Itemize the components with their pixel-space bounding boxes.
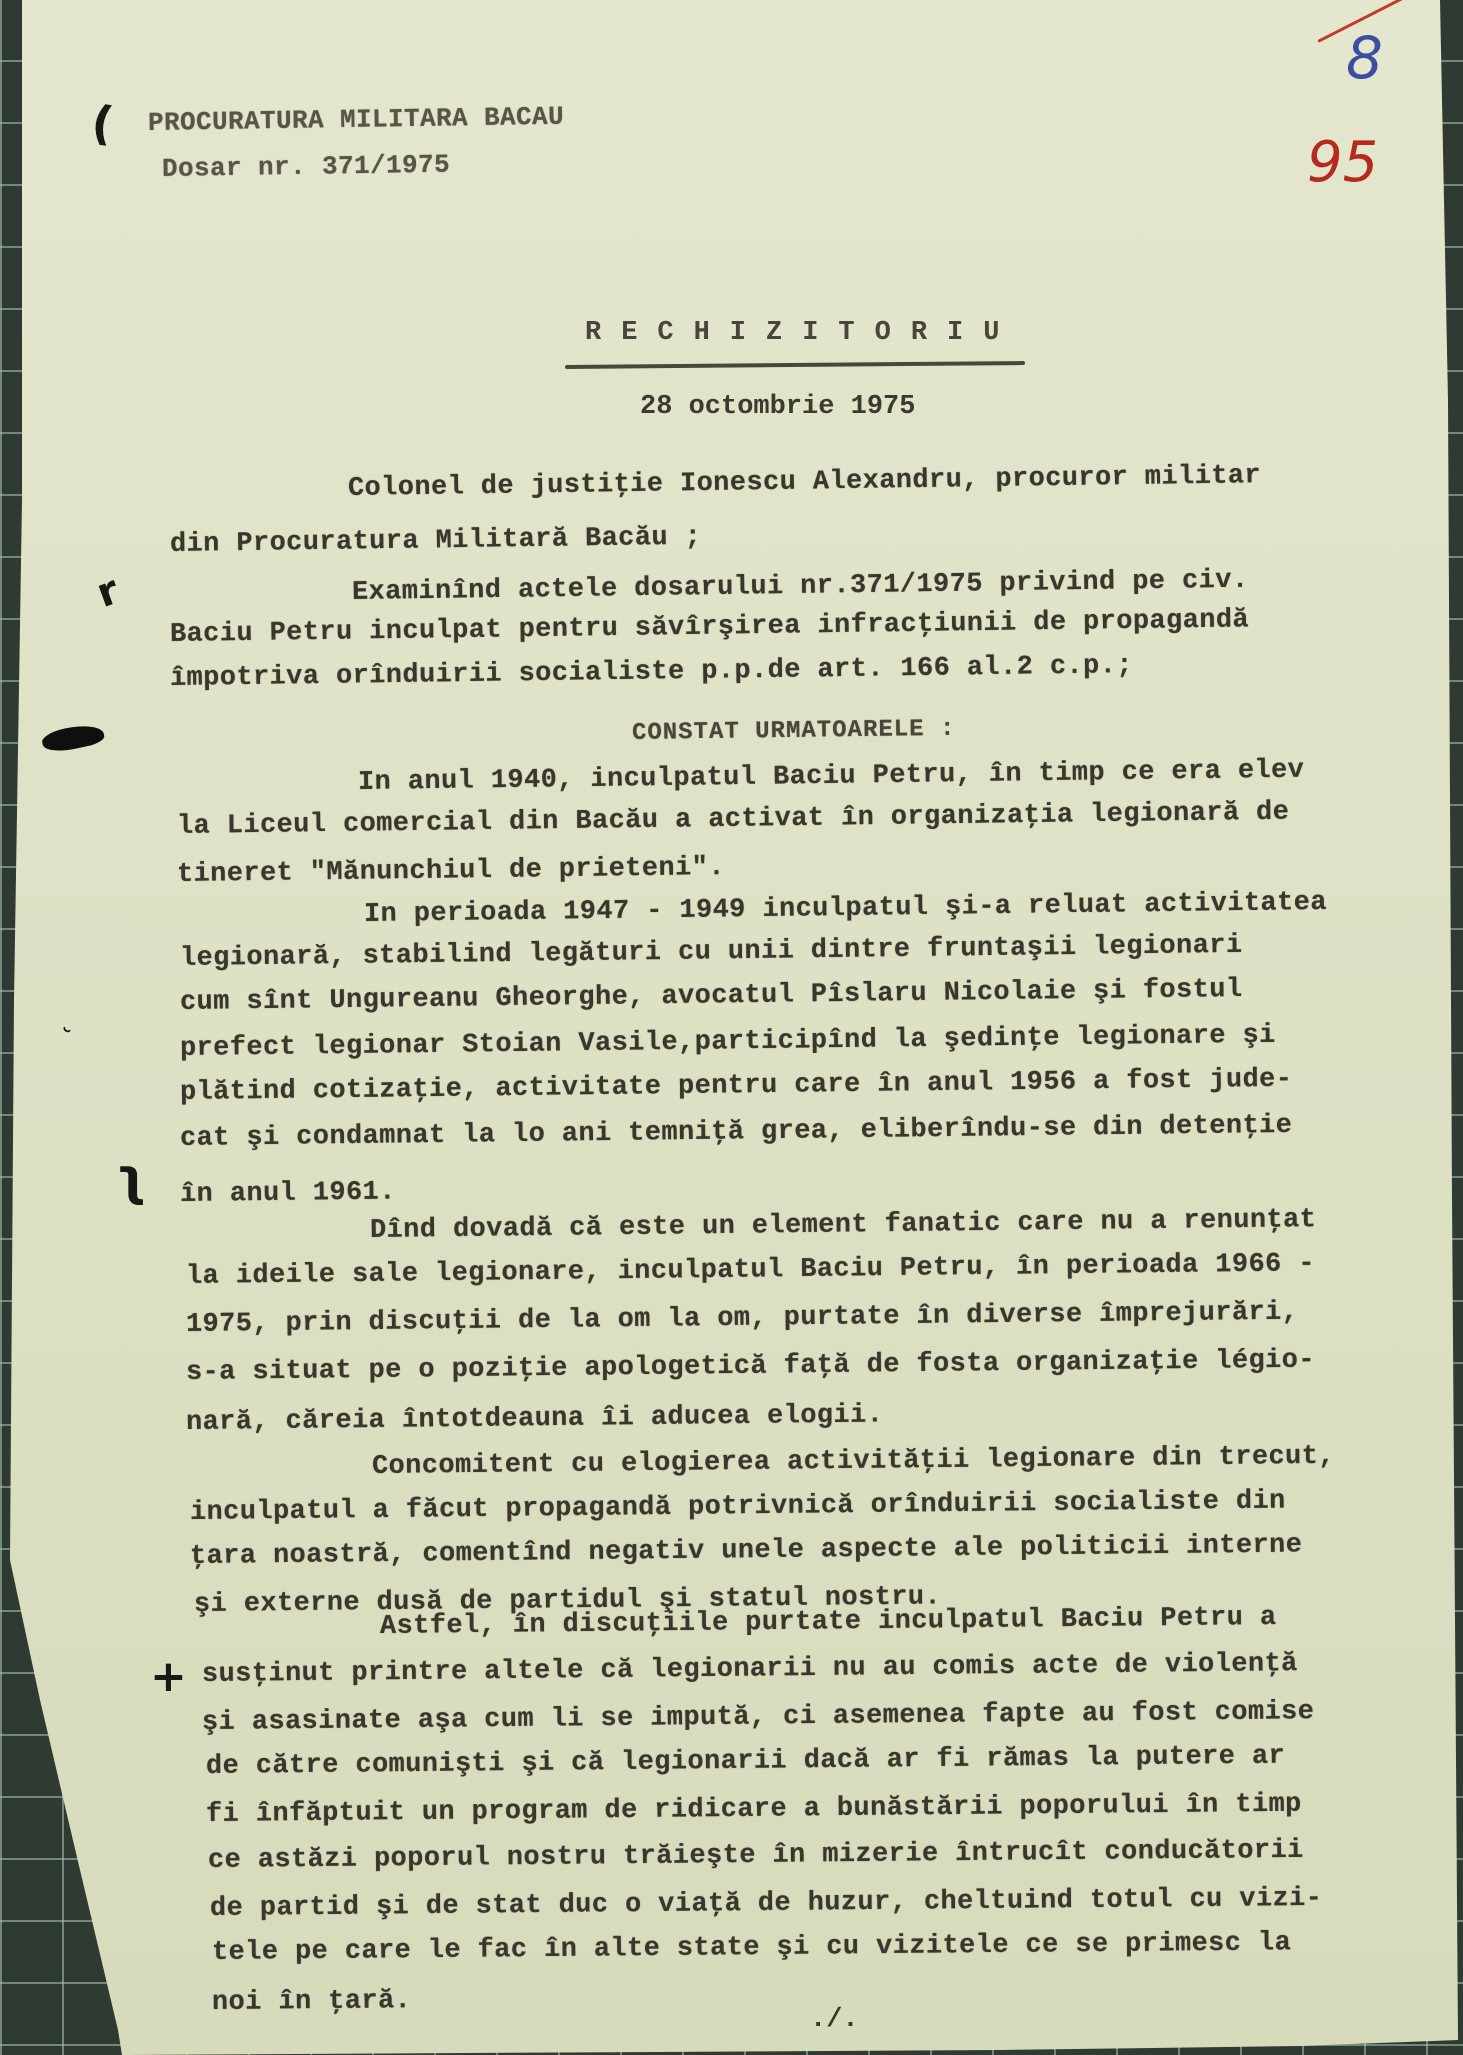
document-date: 28 octombrie 1975 [640,392,915,422]
body-line: în anul 1961. [180,1177,396,1209]
continuation-mark: ./. [810,2005,859,2035]
punch-hole-icon: ʅ [116,1152,146,1202]
punch-hole-icon: + [150,1655,187,1699]
institution-header: PROCURATURA MILITARA BACAU [148,102,564,138]
folio-number: 95 [1307,130,1378,195]
folio-number-crossed: 8 [1346,24,1383,92]
document-title: RECHIZITORIU [585,318,1019,348]
section-heading: CONSTAT URMATOARELE : [632,716,956,747]
body-line: noi în ţară. [212,1986,411,2018]
file-number: Dosar nr. 371/1975 [162,150,450,184]
